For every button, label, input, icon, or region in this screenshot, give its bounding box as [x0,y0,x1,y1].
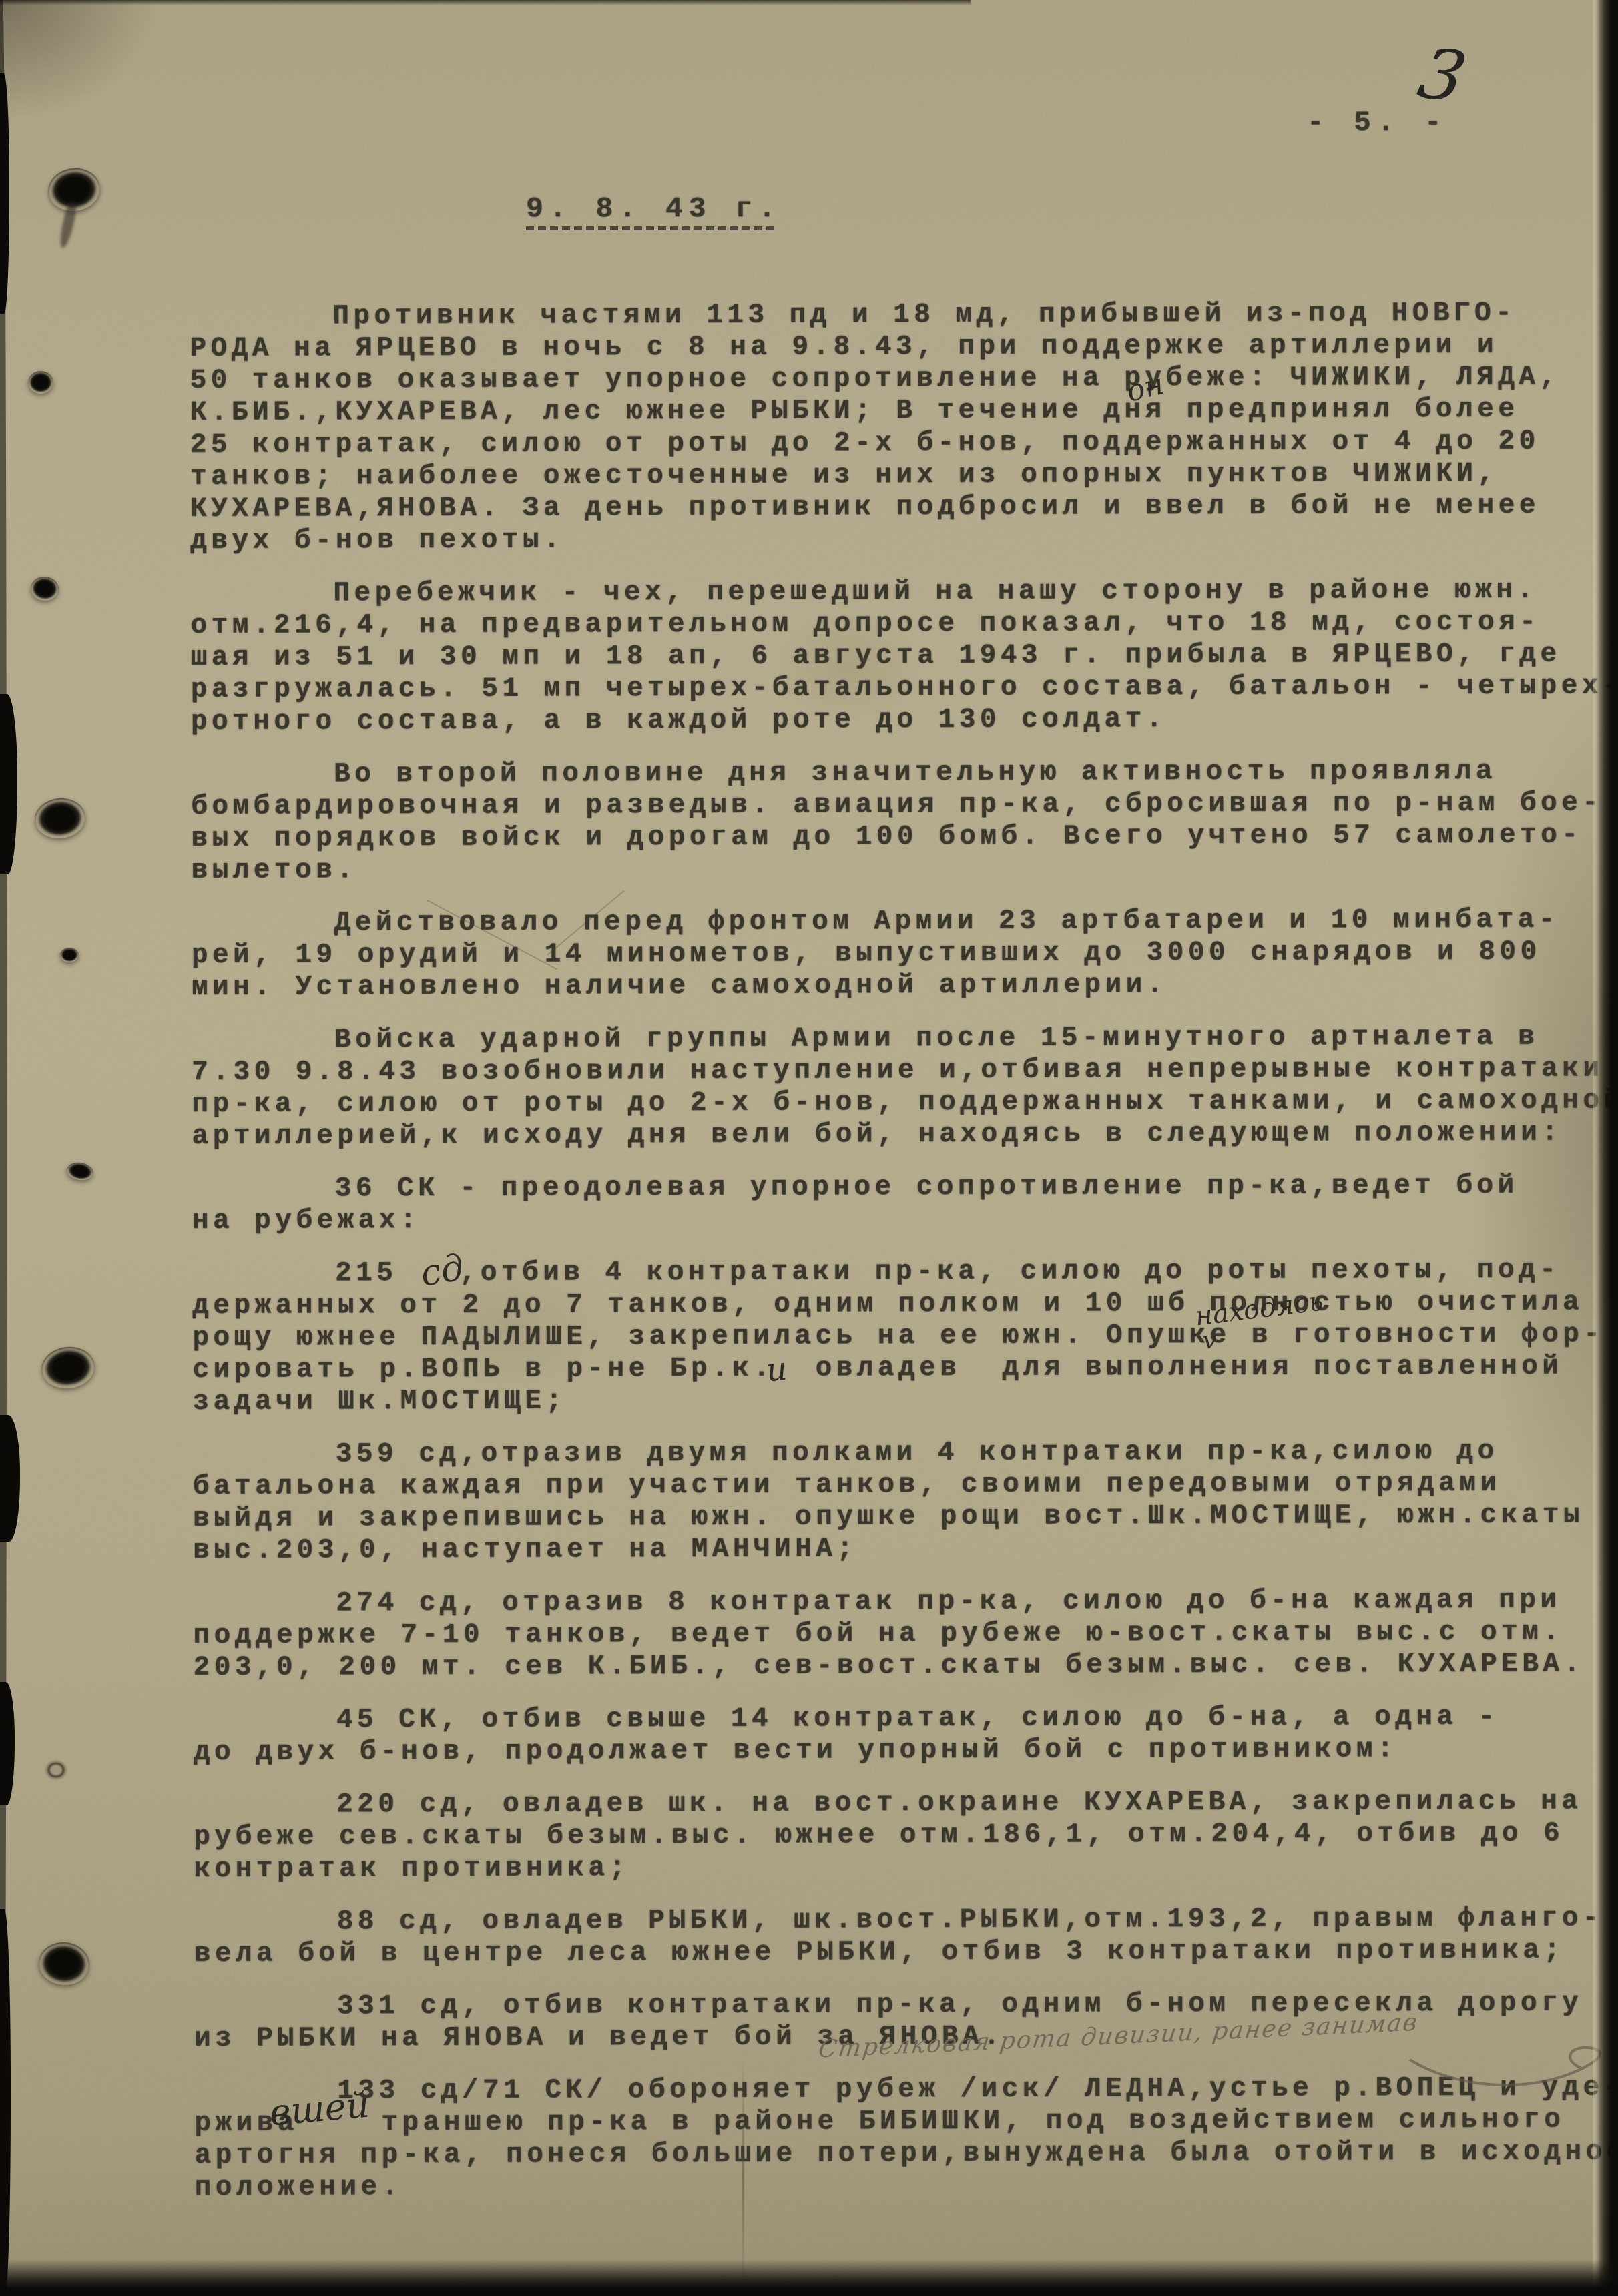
typed-line: выс.203,0, наступает на МАНЧИНА; [193,1531,1618,1567]
typed-line: К.БИБ.,КУХАРЕВА, лес южнее РЫБКИ; В тече… [190,393,1618,429]
typed-line: 220 сд, овладев шк. на вост.окраине КУХА… [194,1785,1618,1821]
typed-line: 203,0, 200 мт. сев К.БИБ., сев-вост.скат… [194,1648,1618,1684]
date-heading: 9. 8. 43 г. [526,192,782,230]
typed-line: рубеже сев.скаты безым.выс. южнее отм.18… [194,1817,1618,1853]
typed-line: КУХАРЕВА,ЯНОВА. За день противник подбро… [190,489,1618,525]
punch-hole [65,1161,95,1183]
typed-line: рощу южнее ПАДЫЛИШЕ, закрепилась на ее ю… [192,1318,1618,1354]
typed-line: рей, 19 орудий и 14 минометов, выпустивш… [192,936,1618,972]
scan-edge-top [0,0,971,5]
typed-line: артиллерией,к исходу дня вели бой, наход… [192,1117,1618,1153]
report-body: Противник частями 113 пд и 18 мд, прибыв… [190,297,1618,2225]
typed-line: Во второй половине дня значительную акти… [191,755,1618,791]
typed-line: 50 танков оказывает упорное сопротивлени… [190,361,1618,397]
typed-line: Действовало перед фронтом Армии 23 артба… [192,904,1618,940]
handwritten-folio-number: 3 [1411,33,1473,118]
typed-line: 25 контратак, силою от роты до 2-х б-нов… [190,425,1618,461]
typed-line: 133 сд/71 СК/ обороняет рубеж /иск/ ЛЕДН… [194,2072,1618,2108]
typed-line: вых порядков войск и дорогам до 100 бомб… [191,819,1618,855]
date-text: 9. 8. 43 г. [526,192,782,225]
punch-hole [29,575,60,602]
typed-line: шая из 51 и 30 мп и 18 ап, 6 августа 194… [191,638,1618,674]
typed-line: вела бой в центре леса южнее РЫБКИ, отби… [194,1934,1618,1970]
typed-line: пр-ка, силою от роты до 2-х б-нов, подде… [192,1085,1618,1121]
typed-line: держанных от 2 до 7 танков, одним полком… [192,1286,1618,1322]
typed-line: бомбардировочная и разведыв. авиация пр-… [191,787,1618,823]
handwritten-insert-i: и [764,1350,789,1390]
typed-line: 45 СК, отбив свыше 14 контратак, силою д… [194,1701,1618,1737]
typed-line: Противник частями 113 пд и 18 мд, прибыв… [190,297,1618,333]
punch-hole [37,1940,91,1987]
punch-hole [60,948,79,962]
typed-line: отм.216,4, на предварительном допросе по… [190,606,1618,642]
punch-hole-ring [44,1759,68,1781]
handwritten-insert-sd: сд [417,1246,467,1295]
typed-line: 215 ,отбив 4 контратаки пр-ка, силою до … [192,1254,1618,1290]
typed-line: сировать р.ВОПЬ в р-не Бр.к. овладев для… [192,1350,1618,1386]
typed-line: мин. Установлено наличие самоходной арти… [192,968,1618,1004]
typed-line: РОДА на ЯРЦЕВО в ночь с 8 на 9.8.43, при… [190,329,1618,365]
typed-line: Войска ударной группы Армии после 15-мин… [192,1021,1618,1057]
insert-caret-mark: v [1202,1326,1218,1354]
typed-line: Перебежчик - чех, перешедший на нашу сто… [190,574,1618,610]
typed-line: поддержке 7-10 танков, ведет бой на рубе… [193,1616,1618,1652]
punch-hole [28,371,53,394]
typed-line: 7.30 9.8.43 возобновили наступление и,от… [192,1053,1618,1089]
punch-hole [39,1344,97,1391]
punch-hole [33,796,87,841]
typed-line: на рубежах: [192,1201,1618,1237]
typed-line: батальона каждая при участии танков, сво… [193,1467,1618,1503]
paper-crease [742,2056,744,2296]
date-underline [526,226,774,230]
typed-line: положение. [195,2168,1618,2204]
typed-line: до двух б-нов, продолжает вести упорный … [194,1733,1618,1769]
typed-line: 36 СК - преодолевая упорное сопротивлени… [192,1169,1618,1205]
typed-line: выйдя и закрепившись на южн. опушке рощи… [193,1499,1618,1535]
typed-line: контратак противника; [194,1849,1618,1886]
typed-line: двух б-нов пехоты. [190,521,1618,557]
scanned-document-page: - 5. - 3 9. 8. 43 г. Противник частями 1… [0,0,1618,2296]
typed-line: вылетов. [191,851,1618,887]
typed-line: 88 сд, овладев РЫБКИ, шк.вост.РЫБКИ,отм.… [194,1902,1618,1938]
scan-edge-bottom [0,2259,1618,2296]
typed-line: танков; наиболее ожесточенные из них из … [190,457,1618,493]
typed-line: разгружалась. 51 мп четырех-батальонного… [191,670,1618,706]
handwritten-overwrite-vshey: вшей [268,2084,371,2134]
typed-line: задачи Шк.МОСТИЩЕ; [192,1382,1618,1418]
typed-line: ротного состава, а в каждой роте до 130 … [191,702,1618,738]
typed-line: 274 сд, отразив 8 контратак пр-ка, силою… [193,1584,1618,1620]
typed-line: ржива траншею пр-ка в районе БИБИШКИ, по… [194,2104,1618,2140]
typed-line: артогня пр-ка, понеся большие потери,вын… [194,2136,1618,2172]
typed-line: 359 сд,отразив двумя полками 4 контратак… [193,1435,1618,1471]
